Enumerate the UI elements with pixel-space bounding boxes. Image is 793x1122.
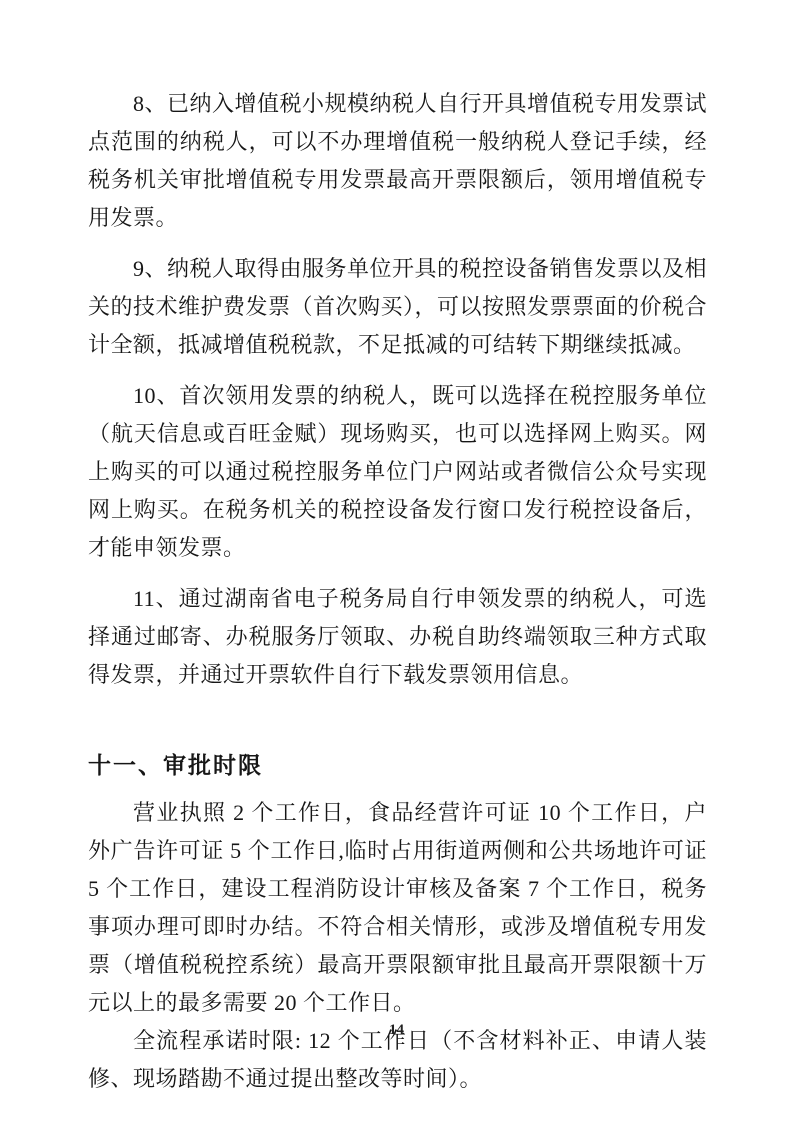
paragraph-item-10: 10、首次领用发票的纳税人，既可以选择在税控服务单位（航天信息或百旺金赋）现场购… bbox=[88, 377, 707, 567]
page-number: 14 bbox=[0, 1022, 793, 1039]
paragraph-item-9: 9、纳税人取得由服务单位开具的税控设备销售发票以及相关的技术维护费发票（首次购买… bbox=[88, 250, 707, 364]
section-heading: 十一、审批时限 bbox=[88, 746, 707, 784]
section-paragraph-approval-times: 营业执照 2 个工作日，食品经营许可证 10 个工作日，户外广告许可证 5 个工… bbox=[88, 794, 707, 1022]
paragraph-item-8: 8、已纳入增值税小规模纳税人自行开具增值税专用发票试点范围的纳税人，可以不办理增… bbox=[88, 85, 707, 237]
document-content: 8、已纳入增值税小规模纳税人自行开具增值税专用发票试点范围的纳税人，可以不办理增… bbox=[88, 85, 707, 1098]
document-page: 8、已纳入增值税小规模纳税人自行开具增值税专用发票试点范围的纳税人，可以不办理增… bbox=[0, 0, 793, 1122]
paragraph-item-11: 11、通过湖南省电子税务局自行申领发票的纳税人，可选择通过邮寄、办税服务厅领取、… bbox=[88, 580, 707, 694]
